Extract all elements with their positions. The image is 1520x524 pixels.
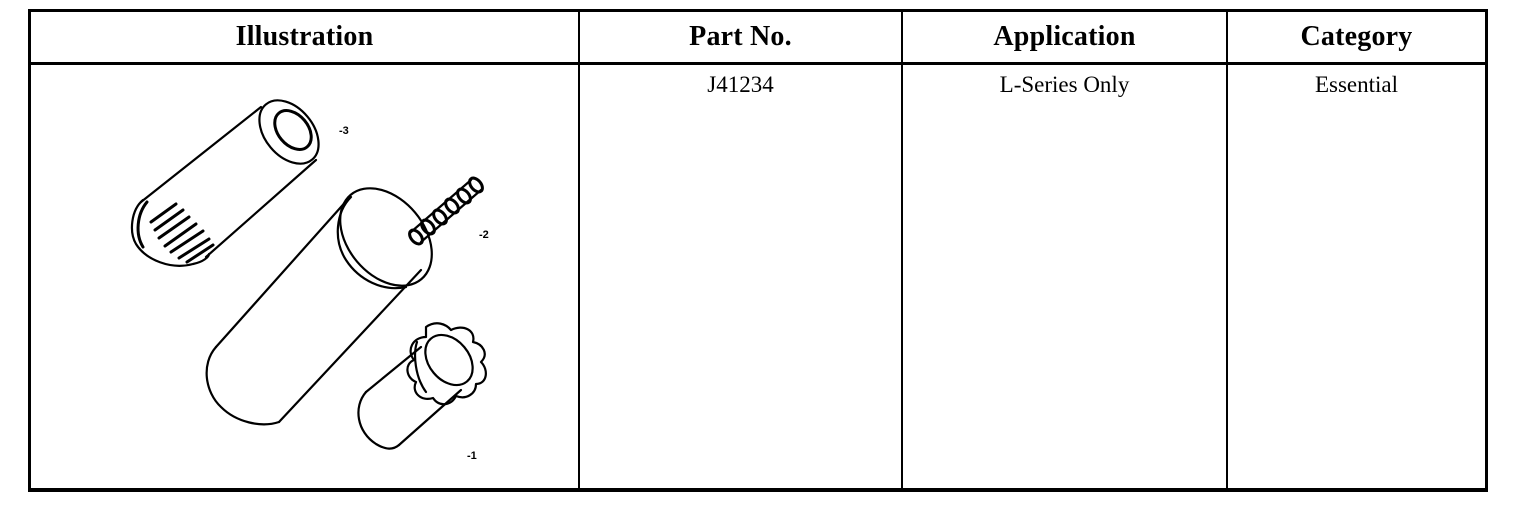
part-3-sleeve-drawing <box>132 92 331 266</box>
header-illustration: Illustration <box>31 12 578 62</box>
cell-part-no: J41234 <box>580 65 901 98</box>
cell-application: L-Series Only <box>903 65 1226 98</box>
part-2-cylinder-drawing <box>207 170 485 424</box>
header-application: Application <box>903 12 1226 62</box>
callout-3: -3 <box>339 125 349 137</box>
callout-2: -2 <box>479 229 489 241</box>
tool-table: Illustration Part No. Application Catego… <box>28 9 1488 492</box>
cell-category: Essential <box>1228 65 1485 98</box>
tool-illustration: -3 -2 -1 <box>121 92 521 472</box>
part-1-gear-socket-drawing <box>358 323 485 448</box>
header-category: Category <box>1228 12 1485 62</box>
callout-1: -1 <box>467 450 477 462</box>
header-part-no: Part No. <box>580 12 901 62</box>
table-header-row: Illustration Part No. Application Catego… <box>31 12 1485 65</box>
